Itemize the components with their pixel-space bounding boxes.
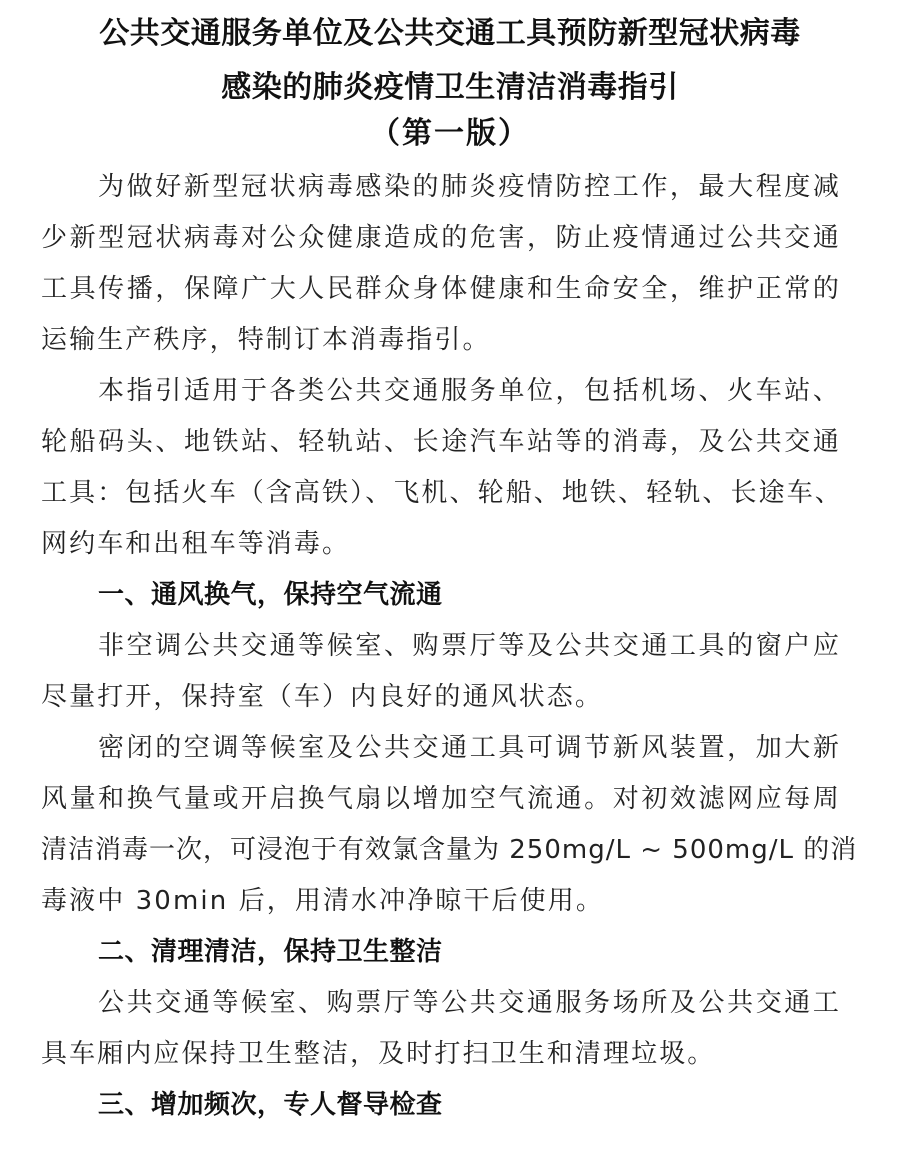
paragraph-line: 清洁消毒一次，可浸泡于有效氯含量为 250mg/L ~ 500mg/L 的消 [41,832,841,868]
paragraph-line: 工具：包括火车（含高铁）、飞机、轮船、地铁、轻轨、长途车、 [41,475,841,511]
section-heading: 一、通风换气，保持空气流通 [98,577,841,613]
paragraph-line: 少新型冠状病毒对公众健康造成的危害，防止疫情通过公共交通 [41,220,841,256]
paragraph-line: 为做好新型冠状病毒感染的肺炎疫情防控工作，最大程度减 [98,169,841,205]
paragraph-line: 风量和换气量或开启换气扇以增加空气流通。对初效滤网应每周 [41,781,841,817]
paragraph-line: 具车厢内应保持卫生整洁，及时打扫卫生和清理垃圾。 [41,1036,841,1072]
paragraph-line: 尽量打开，保持室（车）内良好的通风状态。 [41,679,841,715]
section-heading: 二、清理清洁，保持卫生整洁 [98,934,841,970]
paragraph-line: 毒液中 30min 后，用清水冲净晾干后使用。 [41,883,841,919]
paragraph-line: 网约车和出租车等消毒。 [41,526,841,562]
document-edition: （第一版） [0,114,900,154]
section-heading: 三、增加频次，专人督导检查 [98,1087,841,1123]
paragraph-line: 本指引适用于各类公共交通服务单位，包括机场、火车站、 [98,373,841,409]
paragraph-line: 运输生产秩序，特制订本消毒指引。 [41,322,841,358]
paragraph-line: 轮船码头、地铁站、轻轨站、长途汽车站等的消毒，及公共交通 [41,424,841,460]
document-title-line-2: 感染的肺炎疫情卫生清洁消毒指引 [0,68,900,108]
document-page: 公共交通服务单位及公共交通工具预防新型冠状病毒 感染的肺炎疫情卫生清洁消毒指引 … [0,0,900,1174]
paragraph-line: 公共交通等候室、购票厅等公共交通服务场所及公共交通工 [98,985,841,1021]
document-title-line-1: 公共交通服务单位及公共交通工具预防新型冠状病毒 [0,14,900,54]
paragraph-line: 非空调公共交通等候室、购票厅等及公共交通工具的窗户应 [98,628,841,664]
paragraph-line: 密闭的空调等候室及公共交通工具可调节新风装置，加大新 [98,730,841,766]
paragraph-line: 工具传播，保障广大人民群众身体健康和生命安全，维护正常的 [41,271,841,307]
